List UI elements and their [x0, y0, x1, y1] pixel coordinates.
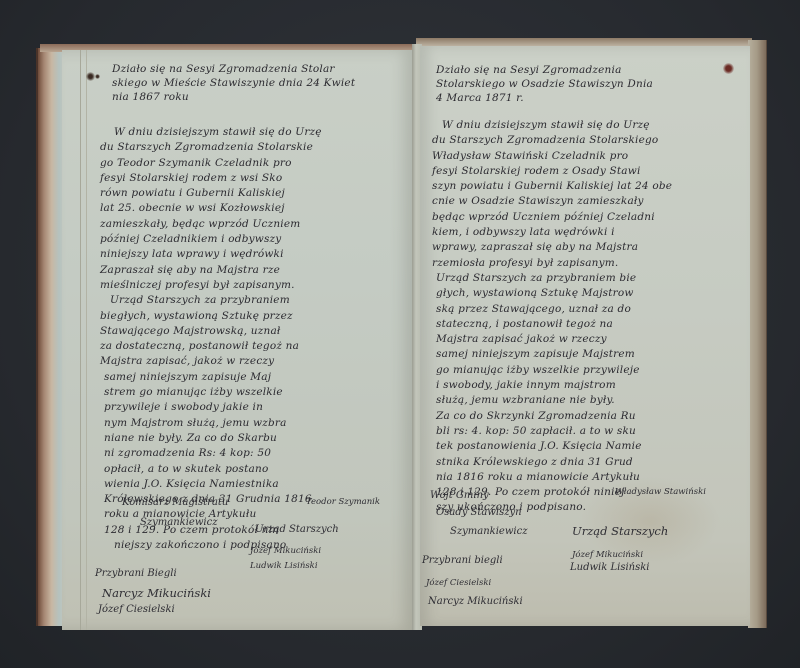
body-line: Zapraszał się aby na Majstra rze — [100, 263, 322, 278]
body-line: Urząd Starszych za przybraniem — [100, 293, 322, 308]
body-line: przywileje i swobody jakie in — [100, 400, 322, 415]
body-line: równ powiatu i Gubernii Kaliskiej — [100, 186, 322, 201]
heading-line: Działo się na Sesyi Zgromadzenia Stolar — [112, 62, 355, 76]
office-member-signature: Ludwik Lisiński — [570, 562, 649, 573]
commissioner-signature: Szymankiewicz — [140, 517, 217, 528]
body-line: go Teodor Szymanik Czeladnik pro — [100, 156, 322, 171]
body-line: fesyi Stolarskiej rodem z wsi Sko — [100, 171, 322, 186]
body-line: Urząd Starszych za przybraniem bie — [432, 271, 672, 286]
body-line: strem go mianując iżby wszelkie — [100, 385, 322, 400]
body-line: niane nie były. Za co do Skarbu — [100, 431, 322, 446]
expert-signature: Narcyz Mikuciński — [102, 586, 211, 600]
body-line: cnie w Osadzie Stawiszyn zamieszkały — [432, 194, 672, 209]
body-line: Majstra zapisać, jakoż w rzeczy — [100, 354, 322, 369]
body-line: i swobody, jakie innym majstrom — [432, 378, 672, 393]
heading-line: nia 1867 roku — [112, 90, 355, 104]
body-line: tek postanowienia J.O. Księcia Namie — [432, 439, 672, 454]
body-line: ską przez Stawającego, uznał za do — [432, 302, 672, 317]
body-line: wienia J.O. Księcia Namiestnika — [100, 477, 322, 492]
page-edge-right — [748, 40, 767, 628]
left-entry-body: W dniu dzisiejszym stawił się do Urzę du… — [100, 125, 322, 553]
body-line: ni zgromadzenia Rs: 4 kop: 50 — [100, 446, 322, 461]
body-line: za dostateczną, postanowił tegoż na — [100, 339, 322, 354]
body-line: kiem, i odbywszy lata wędrówki i — [432, 225, 672, 240]
applicant-signature: Władysław Stawiński — [615, 487, 706, 497]
body-line: mieślniczej profesyi był zapisanym. — [100, 278, 322, 293]
heading-line: 4 Marca 1871 r. — [436, 91, 653, 105]
body-line: głych, wystawioną Sztukę Majstrow — [432, 286, 672, 301]
office-title: Urząd Starszych — [255, 524, 339, 535]
body-line: Za co do Skrzynki Zgromadzenia Ru — [432, 409, 672, 424]
wojt-signature: Szymankiewicz — [450, 526, 527, 537]
wojt-title: Wójt Gminy — [430, 490, 489, 501]
body-line: biegłych, wystawioną Sztukę przez — [100, 309, 322, 324]
left-entry-heading: Działo się na Sesyi Zgromadzenia Stolar … — [112, 62, 355, 104]
body-line: lat 25. obecnie w wsi Kozłowskiej — [100, 201, 322, 216]
body-line: będąc wprzód Uczniem później Czeladni — [432, 210, 672, 225]
body-line: W dniu dzisiejszym stawił się do Urzę — [432, 118, 672, 133]
body-line: szyn powiatu i Gubernii Kaliskiej lat 24… — [432, 179, 672, 194]
right-entry-body: W dniu dzisiejszym stawił się do Urzę du… — [432, 118, 672, 516]
body-line: W dniu dzisiejszym stawił się do Urzę — [100, 125, 322, 140]
expert-signature: Józef Ciesielski — [98, 604, 175, 615]
body-line: nia 1816 roku a mianowicie Artykułu — [432, 470, 672, 485]
body-line: zamieszkały, będąc wprzód Uczniem — [100, 217, 322, 232]
body-line: fesyi Stolarskiej rodem z Osady Stawi — [432, 164, 672, 179]
body-line: du Starszych Zgromadzenia Stolarskiego — [432, 133, 672, 148]
body-line: służą, jemu wzbraniane nie były. — [432, 393, 672, 408]
wojt-place: Osady Stawiszyn — [436, 507, 522, 518]
ink-blot — [95, 74, 100, 79]
body-line: niniejszy lata wprawy i wędrówki — [100, 247, 322, 262]
applicant-signature: Teodor Szymanik — [306, 497, 380, 507]
body-line: samej niniejszym zapisuje Maj — [100, 370, 322, 385]
expert-signature: Józef Ciesielski — [426, 578, 491, 588]
body-line: bli rs: 4. kop: 50 zapłacił. a to w sku — [432, 424, 672, 439]
body-line: opłacił, a to w skutek postano — [100, 462, 322, 477]
body-line: stnika Królewskiego z dnia 31 Grud — [432, 455, 672, 470]
margin-rule — [80, 50, 81, 630]
body-line: nym Majstrom służą, jemu wzbra — [100, 416, 322, 431]
heading-line: Stolarskiego w Osadzie Stawiszyn Dnia — [436, 77, 653, 91]
ink-blot — [86, 72, 95, 81]
body-line: go mianując iżby wszelkie przywileje — [432, 363, 672, 378]
right-entry-heading: Działo się na Sesyi Zgromadzenia Stolars… — [436, 63, 653, 105]
experts-title: Przybrani Biegli — [95, 568, 177, 579]
office-member-signature: Józef Mikuciński — [250, 546, 321, 556]
body-line: Władysław Stawiński Czeladnik pro — [432, 149, 672, 164]
margin-rule — [86, 50, 87, 630]
body-line: stateczną, i postanowił tegoż na — [432, 317, 672, 332]
body-line: wprawy, zapraszał się aby na Majstra — [432, 240, 672, 255]
body-line: du Starszych Zgromadzenia Stolarskie — [100, 140, 322, 155]
body-line: rzemiosła profesyi był zapisanym. — [432, 256, 672, 271]
experts-title: Przybrani biegli — [422, 555, 503, 566]
office-member-signature: Józef Mikuciński — [572, 550, 643, 560]
body-line: Stawającego Majstrowską, uznał — [100, 324, 322, 339]
ink-blot — [723, 63, 734, 74]
body-line: Majstra zapisać jakoż w rzeczy — [432, 332, 672, 347]
commissioner-title: Komisarz Magistratu — [122, 497, 228, 508]
office-member-signature: Ludwik Lisiński — [250, 561, 318, 571]
expert-signature: Narcyz Mikuciński — [428, 596, 523, 607]
body-line: później Czeladnikiem i odbywszy — [100, 232, 322, 247]
heading-line: Działo się na Sesyi Zgromadzenia — [436, 63, 653, 77]
heading-line: skiego w Mieście Stawiszynie dnia 24 Kwi… — [112, 76, 355, 90]
body-line: samej niniejszym zapisuje Majstrem — [432, 347, 672, 362]
office-title: Urząd Starszych — [572, 524, 668, 538]
